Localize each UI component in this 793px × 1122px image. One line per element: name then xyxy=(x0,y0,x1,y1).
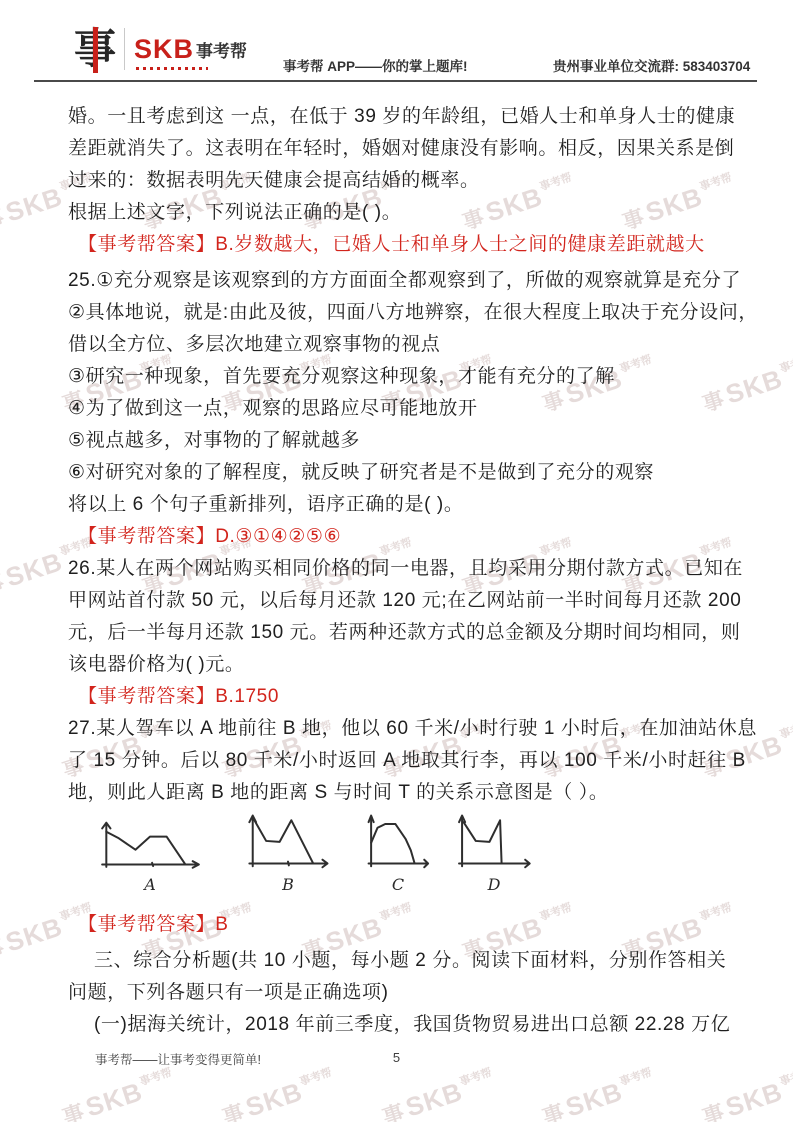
question-line: 该电器价格为( )元。 xyxy=(68,649,757,681)
logo-skb-text: SKB xyxy=(134,36,194,63)
material-line: (一)据海关统计，2018 年前三季度，我国货物贸易进出口总额 22.28 万亿 xyxy=(68,1009,757,1041)
passage-line: 婚。一且考虑到这 一点，在低于 39 岁的年龄组，已婚人士和单身人士的健康 xyxy=(68,101,757,133)
answer-line-q27: 【事考帮答案】B xyxy=(68,909,757,941)
logo-tagline-dots xyxy=(136,67,208,70)
brand-watermark: 事SKB事考帮 xyxy=(59,1068,178,1122)
question-line: ④为了做到这一点，观察的思路应尽可能地放开 xyxy=(68,393,757,425)
question-line: 元，后一半每月还款 150 元。若两种还款方式的总金额及分期时间均相同，则 xyxy=(68,617,757,649)
brand-watermark: 事SKB事考帮 xyxy=(539,1068,658,1122)
question-line: 27.某人驾车以 A 地前往 B 地，他以 60 千米/小时行驶 1 小时后，在… xyxy=(68,713,757,745)
page-number: 5 xyxy=(0,1050,793,1065)
header-app-slogan: 事考帮 APP——你的掌上题库! xyxy=(283,55,468,75)
header-group-number: 贵州事业单位交流群: 583403704 xyxy=(553,55,750,75)
section-line: 问题，下列各题只有一项是正确选项) xyxy=(68,977,757,1009)
option-graph-A xyxy=(98,817,202,871)
question-line: ②具体地说，就是:由此及彼，四面八方地辨察，在很大程度上取决于充分设问， xyxy=(68,297,757,329)
graph-label: D xyxy=(456,875,532,897)
question-25: 25.①充分观察是该观察到的方方面面全都观察到了，所做的观察就算是充分了 ②具体… xyxy=(68,265,757,553)
document-page: 事SKB事考帮事SKB事考帮事SKB事考帮事SKB事考帮事SKB事考帮事SKB事… xyxy=(0,0,793,1122)
question-line: 26.某人在两个网站购买相同价格的同一电器，且均采用分期付款方式。已知在 xyxy=(68,553,757,585)
answer-line-q26: 【事考帮答案】B.1750 xyxy=(68,681,757,713)
answer-line-passage: 【事考帮答案】B.岁数越大，已婚人士和单身人士之间的健康差距就越大 xyxy=(68,229,757,261)
section-3-heading: 三、综合分析题(共 10 小题，每小题 2 分。阅读下面材料，分别作答相关 问题… xyxy=(68,945,757,1009)
section-line: 三、综合分析题(共 10 小题，每小题 2 分。阅读下面材料，分别作答相关 xyxy=(68,945,757,977)
option-graph-B xyxy=(246,809,330,871)
logo-shi-icon: 事 xyxy=(74,26,116,72)
option-graph-C xyxy=(366,809,430,871)
brand-watermark: 事SKB事考帮 xyxy=(379,1068,498,1122)
answer-line-q25: 【事考帮答案】D.③①④②⑤⑥ xyxy=(68,521,757,553)
option-graphs: ABCD xyxy=(68,809,757,901)
logo-red-stroke xyxy=(93,27,98,73)
question-line: 借以全方位、多层次地建立观察事物的视点 xyxy=(68,329,757,361)
passage-line: 过来的：数据表明先天健康会提高结婚的概率。 xyxy=(68,165,757,197)
brand-logo: 事 SKB 事考帮 xyxy=(74,26,247,72)
option-graph-D xyxy=(456,809,532,871)
graph-label: C xyxy=(366,875,430,897)
document-content: 婚。一且考虑到这 一点，在低于 39 岁的年龄组，已婚人士和单身人士的健康 差距… xyxy=(0,82,793,1041)
brand-watermark: 事SKB事考帮 xyxy=(699,1068,793,1122)
question-line: 甲网站首付款 50 元，以后每月还款 120 元;在乙网站前一半时间每月还款 2… xyxy=(68,585,757,617)
question-line: ③研究一种现象，首先要充分观察这种现象，才能有充分的了解 xyxy=(68,361,757,393)
question-line: 地，则此人距离 B 地的距离 S 与时间 T 的关系示意图是（ ）。 xyxy=(68,777,757,809)
question-line: 了 15 分钟。后以 80 千米/小时返回 A 地取其行李，再以 100 千米/… xyxy=(68,745,757,777)
logo-divider xyxy=(124,28,125,70)
passage-line: 差距就消失了。这表明在年轻时，婚姻对健康没有影响。相反，因果关系是倒 xyxy=(68,133,757,165)
question-27: 27.某人驾车以 A 地前往 B 地，他以 60 千米/小时行驶 1 小时后，在… xyxy=(68,713,757,941)
question-line: 将以上 6 个句子重新排列，语序正确的是( )。 xyxy=(68,489,757,521)
question-26: 26.某人在两个网站购买相同价格的同一电器，且均采用分期付款方式。已知在 甲网站… xyxy=(68,553,757,713)
logo-cn-text: 事考帮 xyxy=(196,37,247,62)
graph-label: A xyxy=(98,875,202,897)
logo-wordmark: SKB 事考帮 xyxy=(134,36,247,63)
question-line: ⑥对研究对象的了解程度，就反映了研究者是不是做到了充分的观察 xyxy=(68,457,757,489)
passage-line: 根据上述文字，下列说法正确的是( )。 xyxy=(68,197,757,229)
page-header: 事 SKB 事考帮 事考帮 APP——你的掌上题库! 贵州事业单位交流群: 58… xyxy=(34,0,757,82)
graph-label: B xyxy=(246,875,330,897)
question-line: ⑤视点越多，对事物的了解就越多 xyxy=(68,425,757,457)
brand-watermark: 事SKB事考帮 xyxy=(219,1068,338,1122)
question-line: 25.①充分观察是该观察到的方方面面全都观察到了，所做的观察就算是充分了 xyxy=(68,265,757,297)
material-1: (一)据海关统计，2018 年前三季度，我国货物贸易进出口总额 22.28 万亿 xyxy=(68,1009,757,1041)
